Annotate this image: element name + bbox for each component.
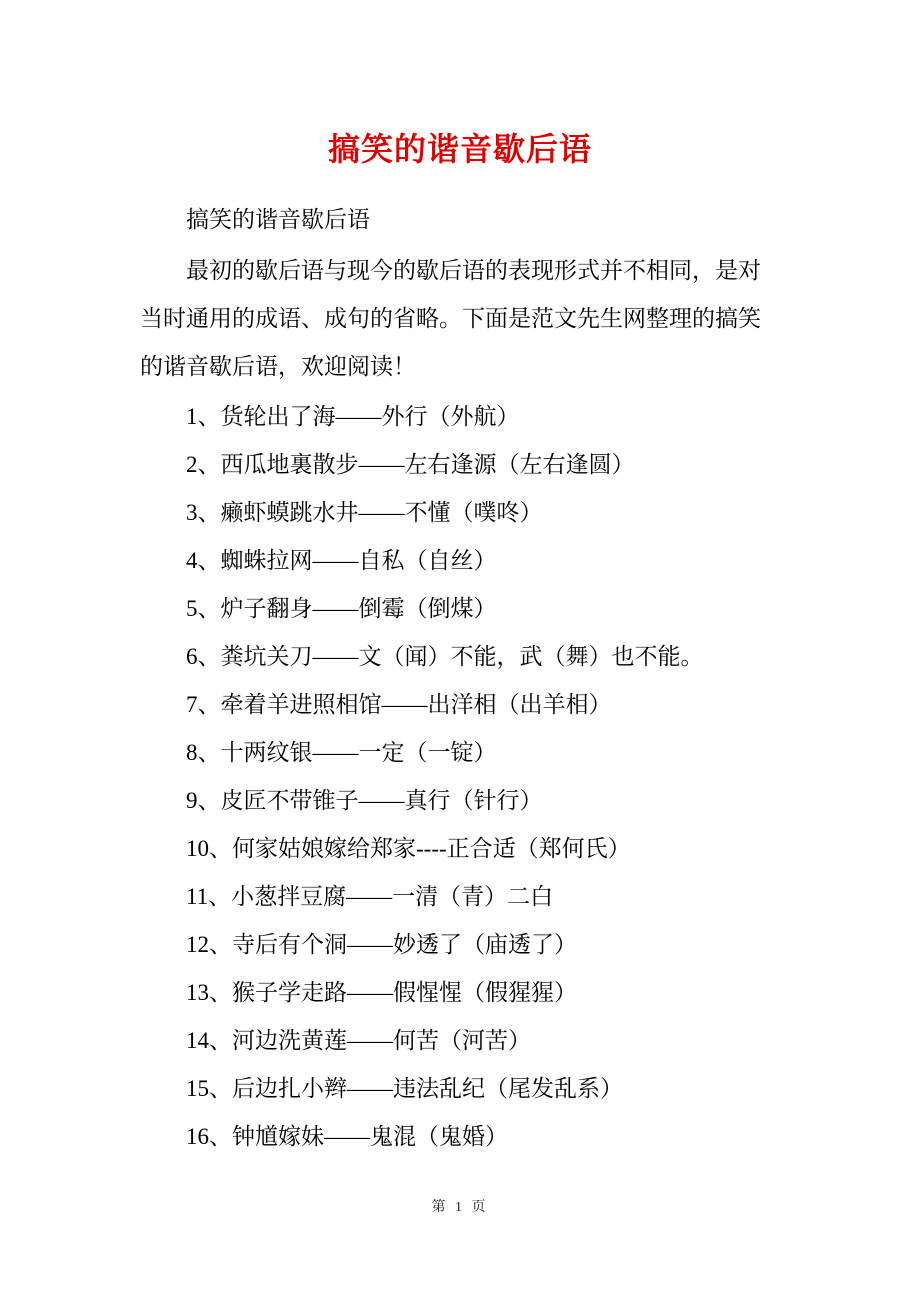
- document-page: 搞笑的谐音歇后语 搞笑的谐音歇后语 最初的歇后语与现今的歇后语的表现形式并不相同…: [0, 0, 920, 1302]
- list-item: 4、蜘蛛拉网——自私（自丝）: [140, 537, 780, 585]
- list-item: 5、炉子翻身——倒霉（倒煤）: [140, 585, 780, 633]
- list-item: 15、后边扎小辫——违法乱纪（尾发乱系）: [140, 1065, 780, 1113]
- list-item: 12、寺后有个洞——妙透了（庙透了）: [140, 921, 780, 969]
- intro-line: 当时通用的成语、成句的省略。下面是范文先生网整理的搞笑: [140, 295, 780, 343]
- intro-line: 的谐音歇后语，欢迎阅读！: [140, 343, 780, 391]
- list-item: 14、河边洗黄莲——何苦（河苦）: [140, 1017, 780, 1065]
- saying-list: 1、货轮出了海——外行（外航） 2、西瓜地裏散步——左右逢源（左右逢圆） 3、癞…: [140, 393, 780, 1161]
- list-item: 8、十两纹银——一定（一锭）: [140, 729, 780, 777]
- document-title: 搞笑的谐音歇后语: [140, 0, 780, 170]
- list-item: 16、钟馗嫁妹——鬼混（鬼婚）: [140, 1113, 780, 1161]
- page-number: 第 1 页: [0, 1196, 920, 1216]
- list-item: 3、癞虾蟆跳水井——不懂（噗咚）: [140, 489, 780, 537]
- intro-paragraph: 最初的歇后语与现今的歇后语的表现形式并不相同，是对 当时通用的成语、成句的省略。…: [140, 247, 780, 391]
- list-item: 9、皮匠不带锥子——真行（针行）: [140, 777, 780, 825]
- intro-line: 最初的歇后语与现今的歇后语的表现形式并不相同，是对: [140, 247, 780, 295]
- list-item: 2、西瓜地裏散步——左右逢源（左右逢圆）: [140, 441, 780, 489]
- list-item: 10、何家姑娘嫁给郑家----正合适（郑何氏）: [140, 825, 780, 873]
- list-item: 7、牵着羊进照相馆——出洋相（出羊相）: [140, 681, 780, 729]
- list-item: 13、猴子学走路——假惺惺（假猩猩）: [140, 969, 780, 1017]
- document-content: 搞笑的谐音歇后语 搞笑的谐音歇后语 最初的歇后语与现今的歇后语的表现形式并不相同…: [0, 0, 920, 1161]
- list-item: 11、小葱拌豆腐——一清（青）二白: [140, 873, 780, 921]
- list-item: 6、粪坑关刀——文（闻）不能，武（舞）也不能。: [140, 633, 780, 681]
- list-item: 1、货轮出了海——外行（外航）: [140, 393, 780, 441]
- lead-paragraph: 搞笑的谐音歇后语: [140, 196, 780, 244]
